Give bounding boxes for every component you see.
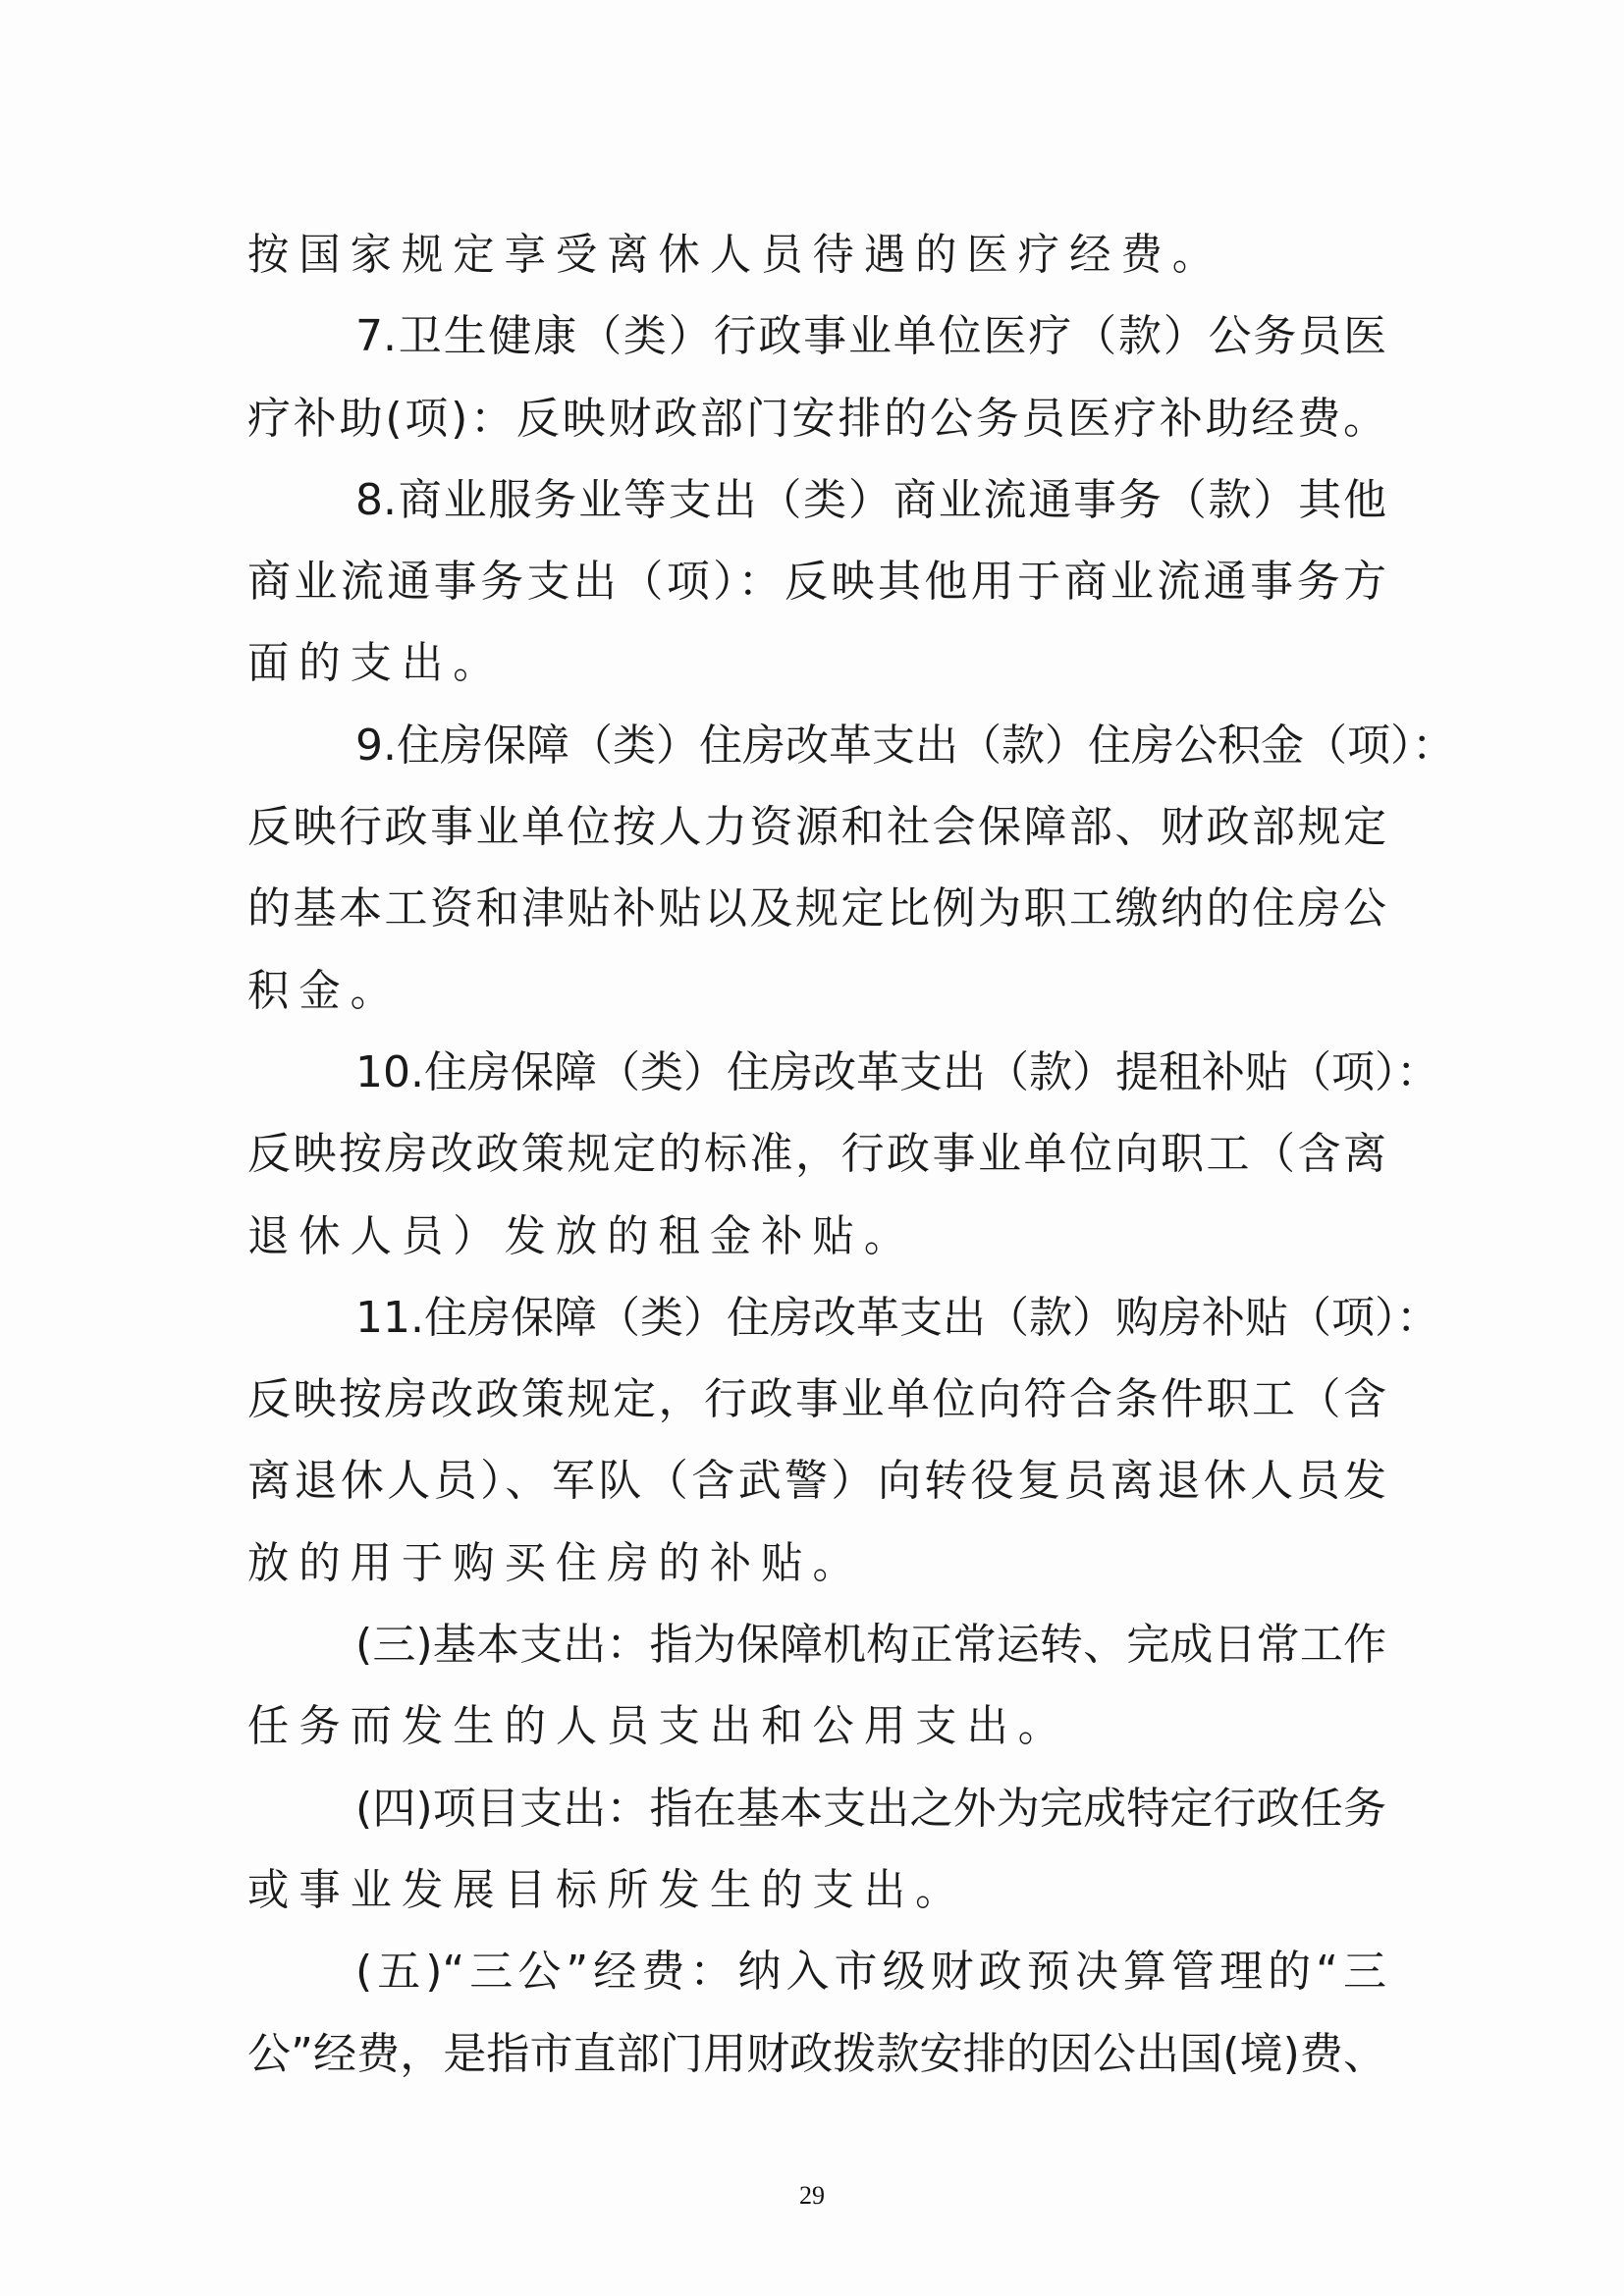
text-line-14: 11.住房保障（类）住房改革支出（款）购房补贴（项）： xyxy=(247,1277,1386,1359)
text-line-9: 的基本工资和津贴补贴以及规定比例为职工缴纳的住房公 xyxy=(247,868,1386,949)
text-line-3: 疗补助(项)：反映财政部门安排的公务员医疗补助经费。 xyxy=(247,378,1386,459)
text-line-22: (五)“三公”经费：纳入市级财政预决算管理的“三 xyxy=(247,1931,1386,2012)
text-line-13: 退休人员）发放的租金补贴。 xyxy=(247,1196,1341,1277)
text-line-11: 10.住房保障（类）住房改革支出（款）提租补贴（项）： xyxy=(247,1032,1386,1113)
text-line-21: 或事业发展目标所发生的支出。 xyxy=(247,1849,1341,1931)
text-line-10: 积金。 xyxy=(247,950,1341,1032)
text-line-1: 按国家规定享受离休人员待遇的医疗经费。 xyxy=(247,214,1341,295)
text-line-7: 9.住房保障（类）住房改革支出（款）住房公积金（项）： xyxy=(247,705,1386,786)
text-line-17: 放的用于购买住房的补贴。 xyxy=(247,1522,1341,1604)
text-line-5: 商业流通事务支出（项）：反映其他用于商业流通事务方 xyxy=(247,541,1386,622)
text-line-6: 面的支出。 xyxy=(247,622,1341,704)
text-line-18: (三)基本支出：指为保障机构正常运转、完成日常工作 xyxy=(247,1604,1386,1685)
text-line-2: 7.卫生健康（类）行政事业单位医疗（款）公务员医 xyxy=(247,295,1386,377)
text-line-16: 离退休人员）、军队（含武警）向转役复员离退休人员发 xyxy=(247,1440,1386,1522)
text-line-19: 任务而发生的人员支出和公用支出。 xyxy=(247,1685,1341,1767)
text-line-8: 反映行政事业单位按人力资源和社会保障部、财政部规定 xyxy=(247,786,1386,868)
text-line-15: 反映按房改政策规定，行政事业单位向符合条件职工（含 xyxy=(247,1359,1386,1440)
text-line-12: 反映按房改政策规定的标准，行政事业单位向职工（含离 xyxy=(247,1113,1386,1195)
document-page: 按国家规定享受离休人员待遇的医疗经费。 7.卫生健康（类）行政事业单位医疗（款）… xyxy=(0,0,1624,2296)
text-line-23: 公”经费，是指市直部门用财政拨款安排的因公出国(境)费、 xyxy=(247,2013,1386,2095)
text-line-4: 8.商业服务业等支出（类）商业流通事务（款）其他 xyxy=(247,459,1386,541)
page-number: 29 xyxy=(0,2181,1624,2211)
text-line-20: (四)项目支出：指在基本支出之外为完成特定行政任务 xyxy=(247,1768,1386,1849)
body-text: 按国家规定享受离休人员待遇的医疗经费。 7.卫生健康（类）行政事业单位医疗（款）… xyxy=(247,214,1386,2095)
